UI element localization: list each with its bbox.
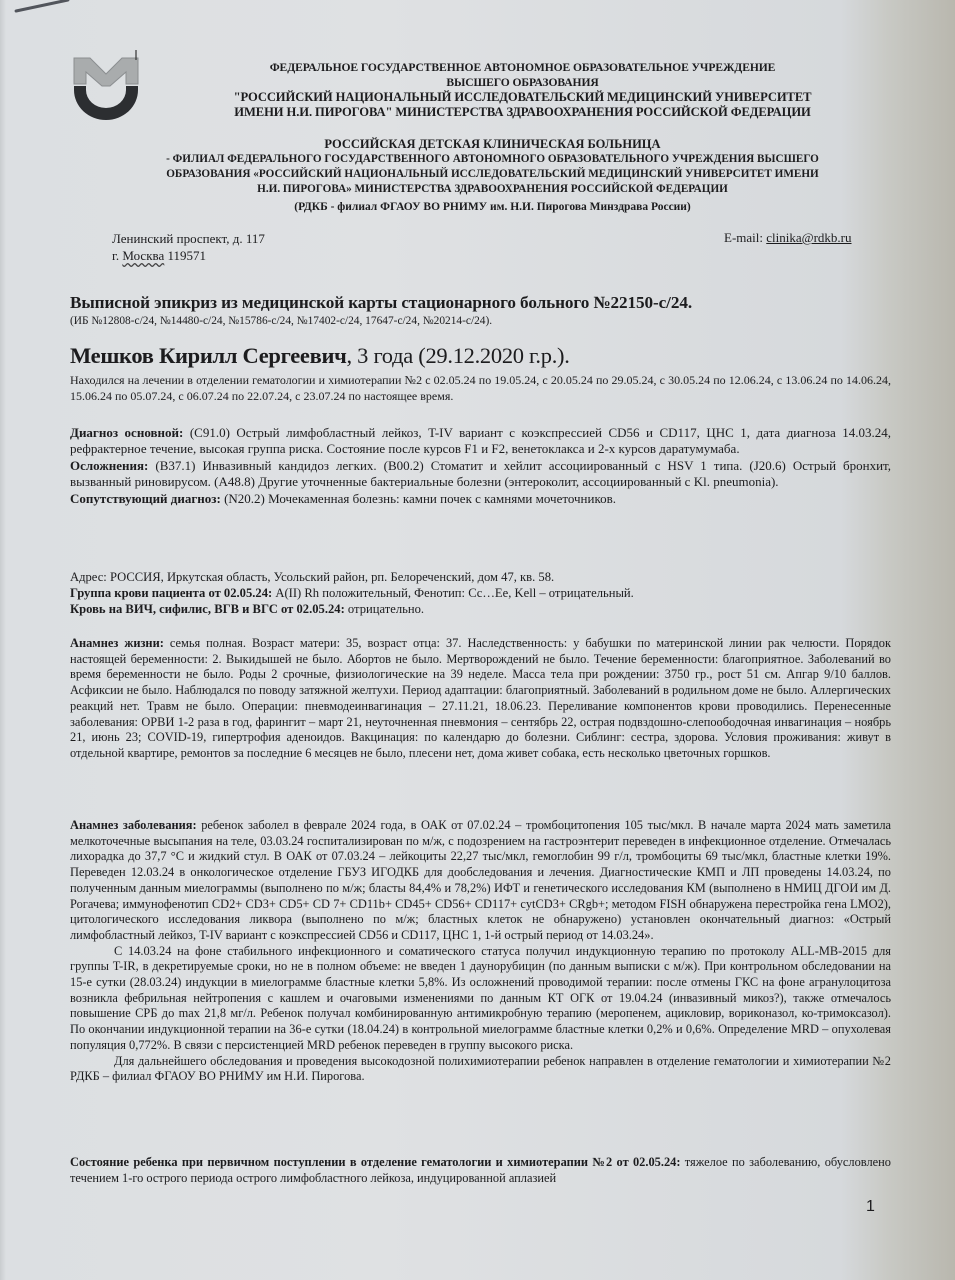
patient-header: Мешков Кирилл Сергеевич, 3 года (29.12.2…	[70, 343, 570, 369]
hospital-line: ОБРАЗОВАНИЯ «РОССИЙСКИЙ НАЦИОНАЛЬНЫЙ ИСС…	[70, 167, 915, 182]
email-link[interactable]: clinika@rdkb.ru	[766, 230, 851, 245]
blood-group: Группа крови пациента от 02.05.24: A(II)…	[70, 585, 891, 601]
hospital-title: РОССИЙСКАЯ ДЕТСКАЯ КЛИНИЧЕСКАЯ БОЛЬНИЦА	[70, 137, 915, 152]
university-line: ФЕДЕРАЛЬНОЕ ГОСУДАРСТВЕННОЕ АВТОНОМНОЕ О…	[150, 60, 895, 75]
university-line: ВЫСШЕГО ОБРАЗОВАНИЯ	[150, 75, 895, 90]
admission-state-section: Состояние ребенка при первичном поступле…	[70, 1155, 891, 1186]
diagnosis-section: Диагноз основной: (С91.0) Острый лимфобл…	[70, 425, 891, 507]
address-zip: 119571	[164, 248, 206, 263]
address-city: Москва	[122, 248, 164, 263]
patient-age: , 3 года (29.12.2020 г.р.).	[347, 343, 570, 368]
anamnesis-life-section: Анамнез жизни: семья полная. Возраст мат…	[70, 636, 891, 762]
document-title: Выписной эпикриз из медицинской карты ст…	[70, 293, 692, 313]
hospital-address: Ленинский проспект, д. 117 г. Москва 119…	[112, 230, 265, 264]
patient-name: Мешков Кирилл Сергеевич	[70, 343, 347, 368]
hospital-line: - ФИЛИАЛ ФЕДЕРАЛЬНОГО ГОСУДАРСТВЕННОГО А…	[70, 152, 915, 167]
infection-tests: Кровь на ВИЧ, сифилис, ВГВ и ВГС от 02.0…	[70, 601, 891, 617]
university-line: "РОССИЙСКИЙ НАЦИОНАЛЬНЫЙ ИССЛЕДОВАТЕЛЬСК…	[150, 90, 895, 105]
hospital-header: РОССИЙСКАЯ ДЕТСКАЯ КЛИНИЧЕСКАЯ БОЛЬНИЦА …	[70, 137, 915, 215]
concomitant-diagnosis: Сопутствующий диагноз: (N20.2) Мочекамен…	[70, 491, 891, 507]
page-number: 1	[866, 1198, 875, 1216]
hospital-short-name: (РДКБ - филиал ФГАОУ ВО РНИМУ им. Н.И. П…	[70, 200, 915, 215]
university-line: ИМЕНИ Н.И. ПИРОГОВА" МИНИСТЕРСТВА ЗДРАВО…	[150, 105, 895, 120]
address-street: Ленинский проспект, д. 117	[112, 230, 265, 247]
case-history-numbers: (ИБ №12808-с/24, №14480-с/24, №15786-с/2…	[70, 315, 492, 327]
university-logo-icon	[72, 50, 140, 120]
main-diagnosis: Диагноз основной: (С91.0) Острый лимфобл…	[70, 425, 891, 458]
hospital-email: E-mail: clinika@rdkb.ru	[724, 230, 852, 246]
pen-mark	[14, 0, 69, 13]
patient-info-section: Адрес: РОССИЯ, Иркутская область, Усольс…	[70, 569, 891, 617]
complications: Осложнения: (В37.1) Инвазивный кандидоз …	[70, 458, 891, 491]
anamnesis-disease-section: Анамнез заболевания: ребенок заболел в ф…	[70, 818, 891, 1085]
hospital-line: Н.И. ПИРОГОВА» МИНИСТЕРСТВА ЗДРАВООХРАНЕ…	[70, 182, 915, 197]
patient-address: Адрес: РОССИЯ, Иркутская область, Усольс…	[70, 569, 891, 585]
university-header: ФЕДЕРАЛЬНОЕ ГОСУДАРСТВЕННОЕ АВТОНОМНОЕ О…	[150, 60, 895, 120]
address-city-line: г. Москва 119571	[112, 247, 265, 264]
treatment-period: Находился на лечении в отделении гематол…	[70, 373, 891, 404]
document-page: ФЕДЕРАЛЬНОЕ ГОСУДАРСТВЕННОЕ АВТОНОМНОЕ О…	[0, 0, 955, 1280]
